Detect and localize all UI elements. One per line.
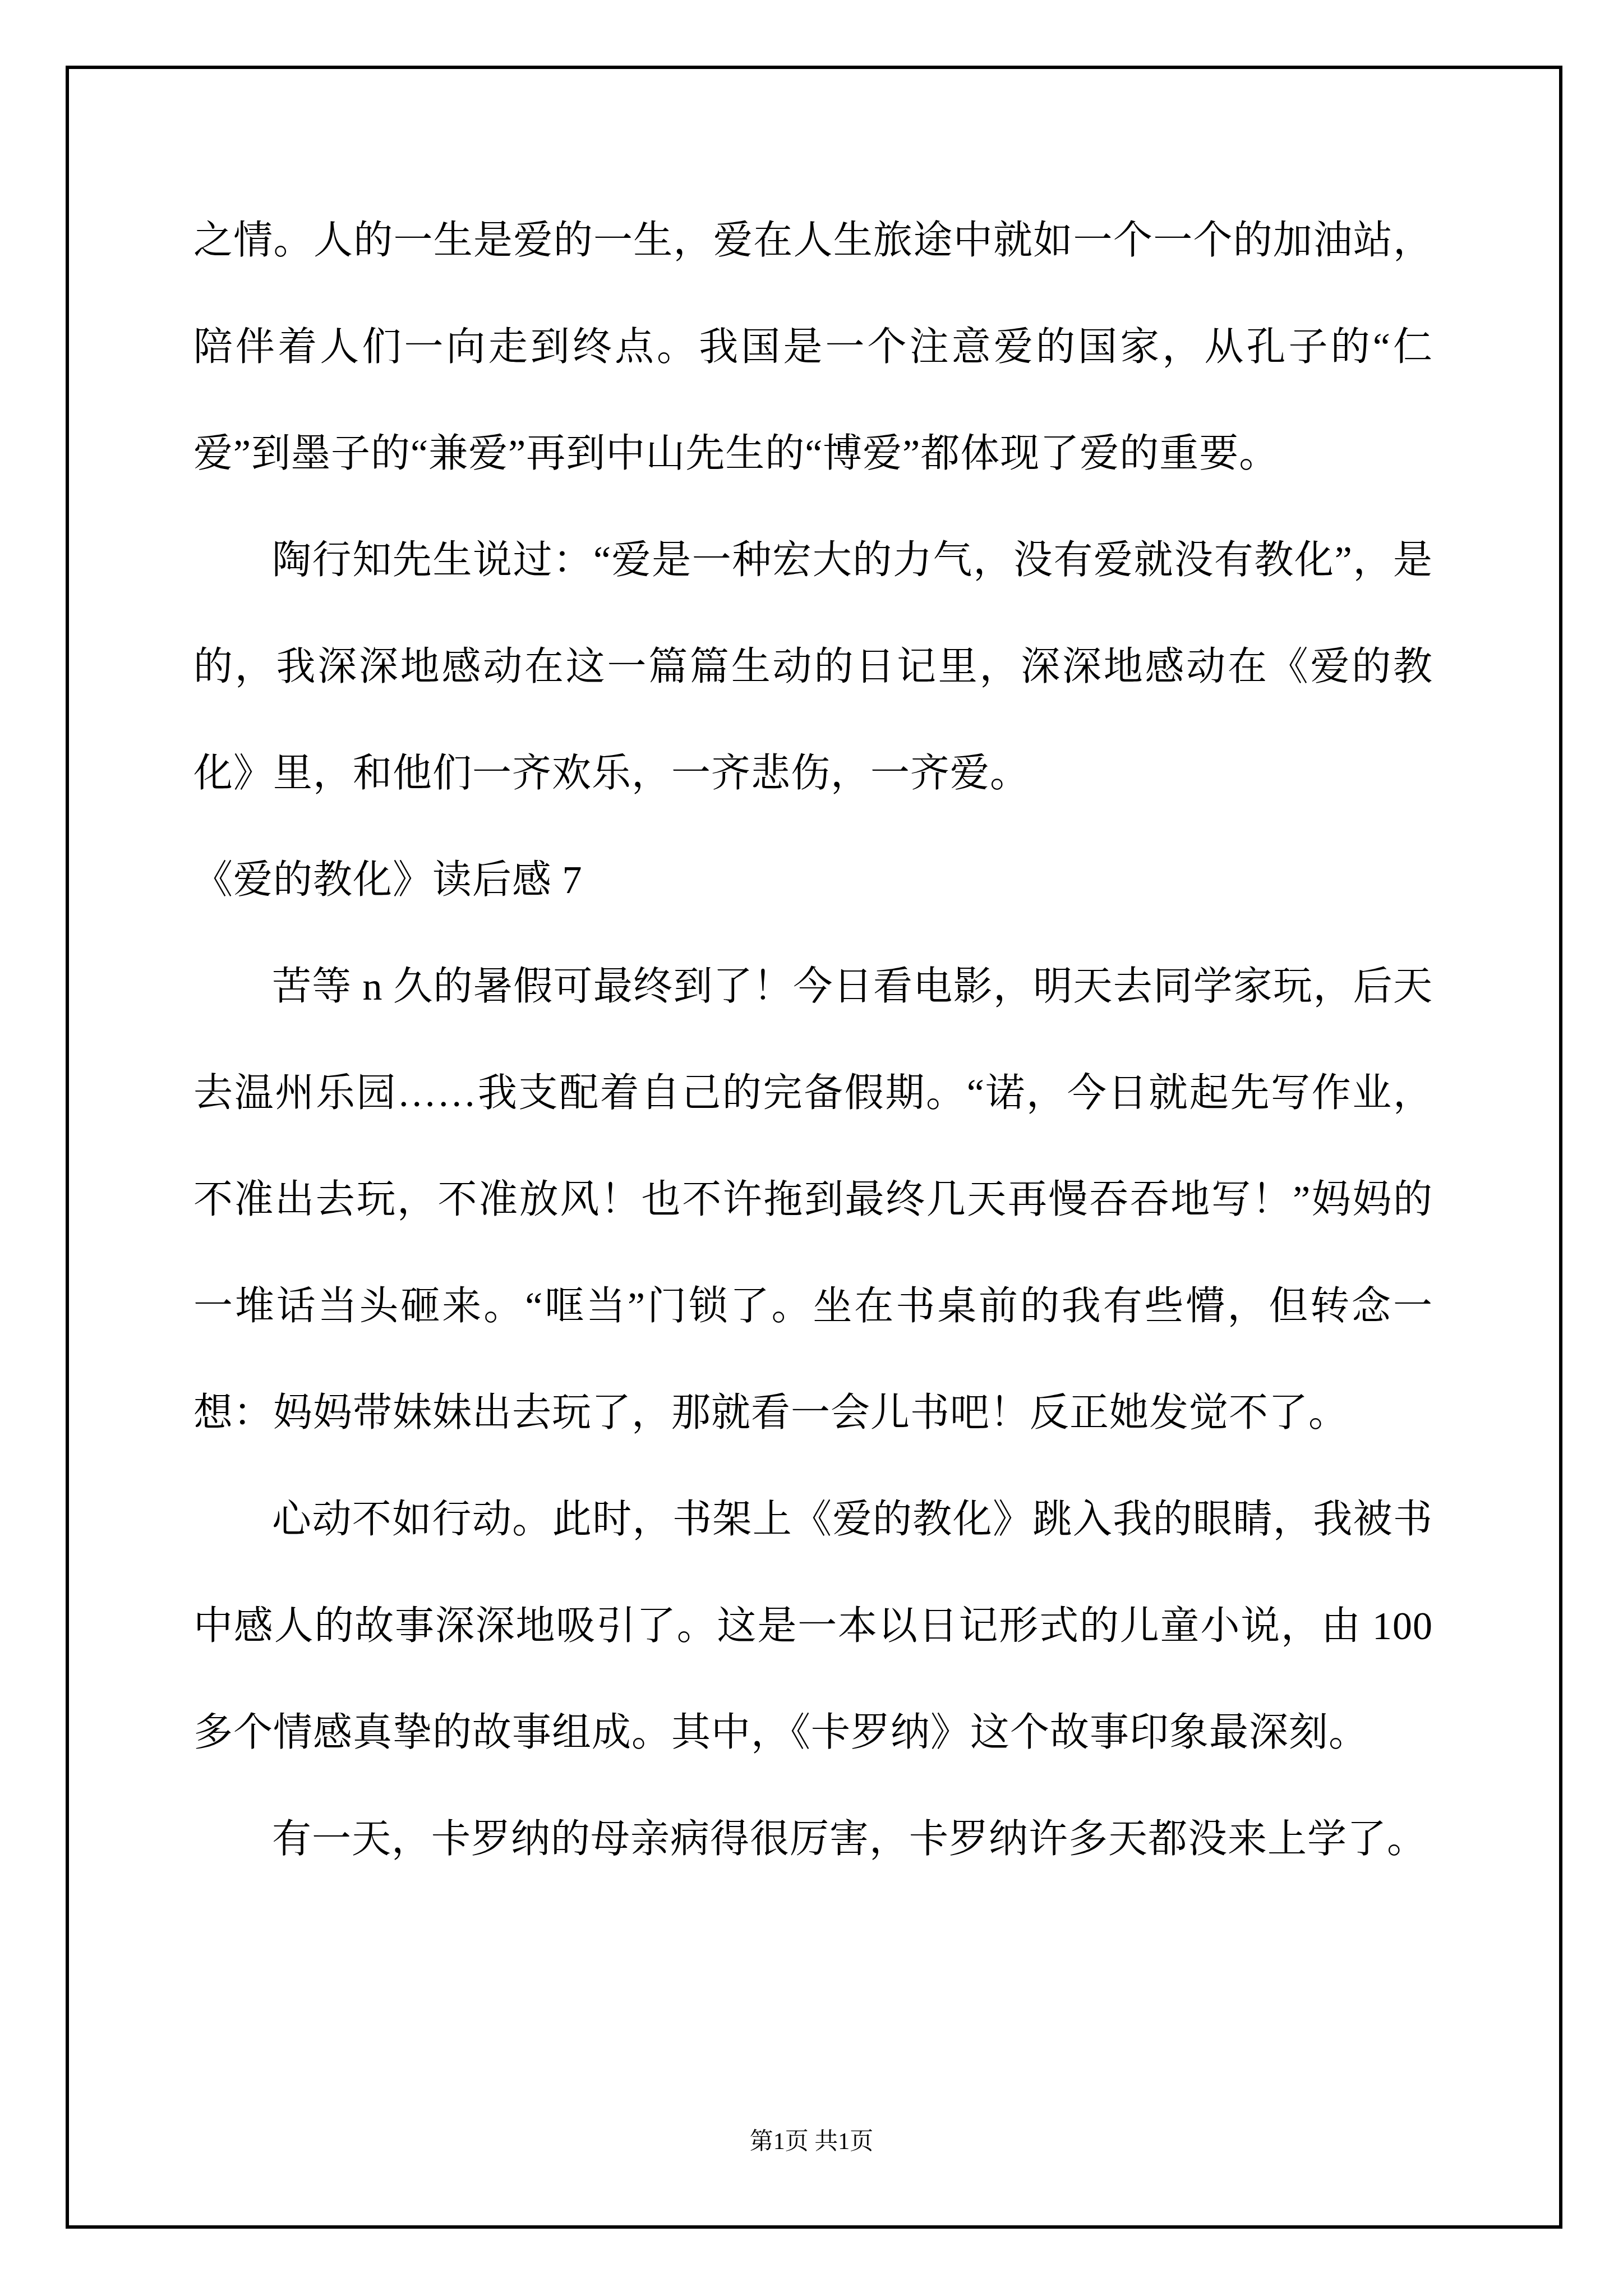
paragraph: 陶行知先生说过：“爱是一种宏大的力气，没有爱就没有教化”，是的，我深深地感动在这…: [193, 508, 1433, 827]
paragraph: 苦等 n 久的暑假可最终到了！今日看电影，明天去同学家玩，后天去温州乐园……我支…: [193, 934, 1433, 1467]
page-number-indicator: 第1页 共1页: [750, 2129, 874, 2155]
document-body: 之情。人的一生是爱的一生，爱在人生旅途中就如一个一个的加油站，陪伴着人们一向走到…: [193, 188, 1433, 1893]
paragraph: 有一天，卡罗纳的母亲病得很厉害，卡罗纳许多天都没来上学了。: [193, 1787, 1433, 1893]
page-footer: 第1页 共1页: [0, 2125, 1623, 2159]
paragraph-continuation: 之情。人的一生是爱的一生，爱在人生旅途中就如一个一个的加油站，陪伴着人们一向走到…: [193, 188, 1433, 508]
document-page: 之情。人的一生是爱的一生，爱在人生旅途中就如一个一个的加油站，陪伴着人们一向走到…: [0, 0, 1623, 2296]
paragraph: 心动不如行动。此时，书架上《爱的教化》跳入我的眼睛，我被书中感人的故事深深地吸引…: [193, 1467, 1433, 1787]
section-heading: 《爱的教化》读后感 7: [193, 827, 1433, 934]
